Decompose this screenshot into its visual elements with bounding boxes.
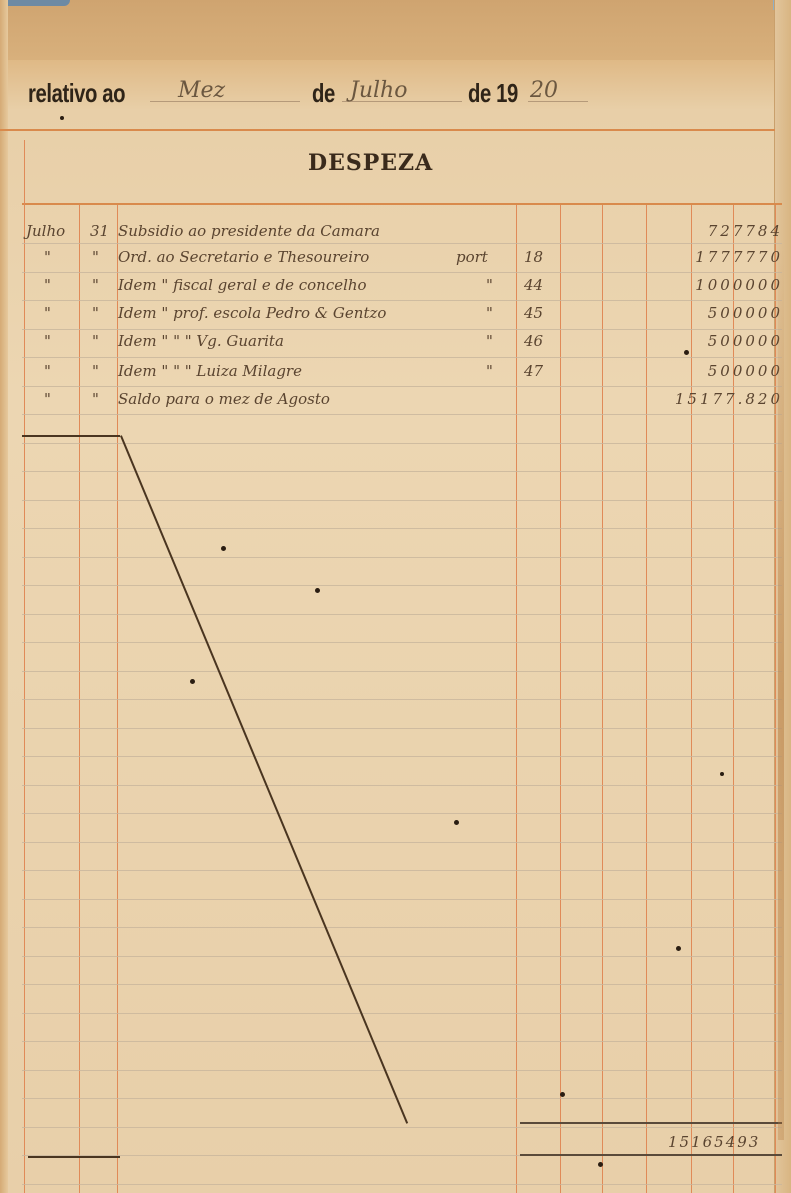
total-rule-top (520, 1122, 782, 1124)
row-rule (22, 528, 782, 529)
table-row: " " Ord. ao Secretario e Thesoureiro por… (0, 248, 791, 272)
row-rule (22, 357, 782, 358)
table-row: " " Idem " fiscal geral e de concelho " … (0, 276, 791, 300)
paper-hole (454, 820, 459, 825)
row-rule (22, 728, 782, 729)
row-rule (22, 956, 782, 957)
paper-hole (676, 946, 681, 951)
row-rule (22, 414, 782, 415)
row-rule (22, 671, 782, 672)
paper-stain (778, 240, 784, 1140)
row-rule (22, 1098, 782, 1099)
header-field-year: 20 (530, 78, 558, 103)
table-row: " " Idem " " " Vg. Guarita " 46 500000 (0, 332, 791, 356)
closing-line (22, 435, 120, 437)
row-rule (22, 756, 782, 757)
row-rule (22, 329, 782, 330)
row-rule (22, 1013, 782, 1014)
total-rule-bottom (520, 1154, 782, 1156)
row-rule (22, 386, 782, 387)
table-row: Julho 31 Subsidio ao presidente da Camar… (0, 222, 791, 246)
total-amount: 15165493 (668, 1133, 760, 1151)
header-prefix: relativo ao (28, 78, 125, 108)
cancel-diagonal-line (120, 435, 408, 1124)
row-rule (22, 899, 782, 900)
row-rule (22, 614, 782, 615)
row-rule (22, 500, 782, 501)
page-title: DESPEZA (308, 150, 433, 176)
row-rule (22, 300, 782, 301)
row-rule (22, 699, 782, 700)
paper-hole (598, 1162, 603, 1167)
row-rule (22, 870, 782, 871)
header-field-mez: Mez (178, 78, 225, 103)
header-field-month: Julho (350, 78, 407, 103)
paper-hole (221, 546, 226, 551)
table-row: " " Idem " " " Luiza Milagre " 47 500000 (0, 362, 791, 386)
row-rule (22, 1041, 782, 1042)
table-row: " " Saldo para o mez de Agosto 15177.820 (0, 390, 791, 414)
title-rule (0, 129, 775, 131)
row-rule (22, 443, 782, 444)
header-line: relativo ao (28, 78, 125, 109)
background-corner (0, 0, 70, 6)
row-rule (22, 927, 782, 928)
ledger-page: relativo ao Mez de Julho de 19 20 DESPEZ… (0, 0, 791, 1193)
row-rule (22, 272, 782, 273)
header-connector-1: de (312, 78, 335, 109)
row-rule (22, 785, 782, 786)
row-rule (22, 1184, 782, 1185)
row-rule (22, 984, 782, 985)
row-rule (22, 642, 782, 643)
row-rule (22, 1070, 782, 1071)
paper-hole (684, 350, 689, 355)
paper-hole (60, 116, 64, 120)
paper-hole (315, 588, 320, 593)
row-rule (22, 585, 782, 586)
table-top-rule (22, 203, 782, 205)
page-left-edge (0, 0, 8, 1193)
paper-hole (720, 772, 724, 776)
paper-hole (560, 1092, 565, 1097)
row-rule (22, 842, 782, 843)
row-rule (22, 813, 782, 814)
header-connector-2: de 19 (468, 78, 518, 109)
table-row: " " Idem " prof. escola Pedro & Gentzo "… (0, 304, 791, 328)
closing-line-bottom (28, 1156, 120, 1158)
row-rule (22, 1127, 782, 1128)
row-rule (22, 557, 782, 558)
page-top-margin (0, 0, 791, 60)
paper-hole (190, 679, 195, 684)
